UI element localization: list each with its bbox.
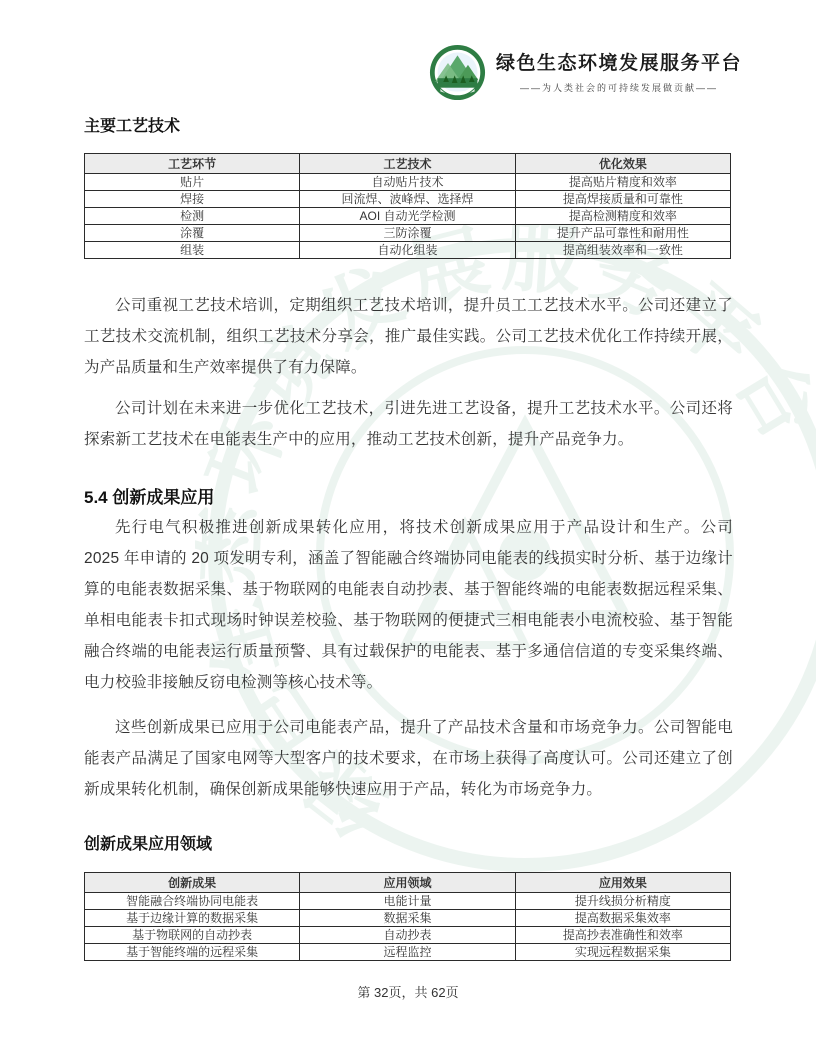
process-tech-table: 工艺环节 工艺技术 优化效果 贴片 自动贴片技术 提高贴片精度和效率 焊接 回流… — [84, 153, 731, 259]
platform-logo: 绿色生态环境发展服务平台 ——为人类社会的可持续发展做贡献—— — [429, 44, 742, 101]
table-header-row: 创新成果 应用领域 应用效果 — [85, 873, 731, 893]
table-cell: 提高焊接质量和可靠性 — [515, 191, 730, 208]
heading-innovation-fields: 创新成果应用领域 — [84, 831, 212, 854]
paragraph-process-training: 公司重视工艺技术培训，定期组织工艺技术培训，提升员工工艺技术水平。公司还建立了工… — [84, 290, 733, 383]
table-cell: 检测 — [85, 208, 300, 225]
innovation-fields-table: 创新成果 应用领域 应用效果 智能融合终端协同电能表 电能计量 提升线损分析精度… — [84, 872, 731, 961]
table-row: 智能融合终端协同电能表 电能计量 提升线损分析精度 — [85, 893, 731, 910]
footer-page-number: 第 32页，共 62页 — [0, 982, 816, 1001]
table-row: 基于边缘计算的数据采集 数据采集 提高数据采集效率 — [85, 910, 731, 927]
table-cell: 基于物联网的自动抄表 — [85, 927, 300, 944]
table-cell: 提高数据采集效率 — [515, 910, 730, 927]
platform-emblem-icon — [429, 44, 486, 101]
table-cell: 电能计量 — [300, 893, 515, 910]
table-cell: 涂覆 — [85, 225, 300, 242]
heading-process-tech: 主要工艺技术 — [84, 113, 180, 136]
table-cell: 提升产品可靠性和耐用性 — [515, 225, 730, 242]
table-cell: 自动化组装 — [300, 242, 515, 259]
table-cell: 基于边缘计算的数据采集 — [85, 910, 300, 927]
paragraph-innovation-results: 这些创新成果已应用于公司电能表产品，提升了产品技术含量和市场竞争力。公司智能电能… — [84, 712, 733, 805]
table-cell: AOI 自动光学检测 — [300, 208, 515, 225]
paragraph-process-plan: 公司计划在未来进一步优化工艺技术，引进先进工艺设备，提升工艺技术水平。公司还将探… — [84, 393, 733, 455]
table-header-cell: 优化效果 — [515, 154, 730, 174]
table-header-row: 工艺环节 工艺技术 优化效果 — [85, 154, 731, 174]
table-cell: 焊接 — [85, 191, 300, 208]
table-cell: 组装 — [85, 242, 300, 259]
table-header-cell: 工艺技术 — [300, 154, 515, 174]
table-header-cell: 工艺环节 — [85, 154, 300, 174]
table-row: 检测 AOI 自动光学检测 提高检测精度和效率 — [85, 208, 731, 225]
paragraph-patents: 先行电气积极推进创新成果转化应用，将技术创新成果应用于产品设计和生产。公司 20… — [84, 512, 733, 698]
table-row: 焊接 回流焊、波峰焊、选择焊 提高焊接质量和可靠性 — [85, 191, 731, 208]
table-row: 基于智能终端的远程采集 远程监控 实现远程数据采集 — [85, 944, 731, 961]
table-cell: 智能融合终端协同电能表 — [85, 893, 300, 910]
table-cell: 自动贴片技术 — [300, 174, 515, 191]
table-header-cell: 应用领域 — [300, 873, 515, 893]
table-cell: 实现远程数据采集 — [515, 944, 730, 961]
table-cell: 提升线损分析精度 — [515, 893, 730, 910]
table-cell: 远程监控 — [300, 944, 515, 961]
table-row: 组装 自动化组装 提高组装效率和一致性 — [85, 242, 731, 259]
platform-title: 绿色生态环境发展服务平台 — [496, 52, 742, 76]
table-cell: 提高贴片精度和效率 — [515, 174, 730, 191]
document-page: 绿色生态环境发展服务平台 绿色生态环境发展服务平台 ——为人类社会的可持续发展做… — [0, 0, 816, 1056]
table-row: 贴片 自动贴片技术 提高贴片精度和效率 — [85, 174, 731, 191]
table-cell: 回流焊、波峰焊、选择焊 — [300, 191, 515, 208]
table-cell: 三防涂覆 — [300, 225, 515, 242]
table-cell: 贴片 — [85, 174, 300, 191]
table-row: 基于物联网的自动抄表 自动抄表 提高抄表准确性和效率 — [85, 927, 731, 944]
platform-subtitle: ——为人类社会的可持续发展做贡献—— — [520, 81, 718, 94]
table-cell: 提高抄表准确性和效率 — [515, 927, 730, 944]
table-header-cell: 应用效果 — [515, 873, 730, 893]
table-cell: 数据采集 — [300, 910, 515, 927]
heading-section-5-4: 5.4 创新成果应用 — [84, 483, 214, 508]
platform-logo-text: 绿色生态环境发展服务平台 ——为人类社会的可持续发展做贡献—— — [496, 52, 742, 94]
table-cell: 提高检测精度和效率 — [515, 208, 730, 225]
table-cell: 自动抄表 — [300, 927, 515, 944]
table-cell: 提高组装效率和一致性 — [515, 242, 730, 259]
table-header-cell: 创新成果 — [85, 873, 300, 893]
table-row: 涂覆 三防涂覆 提升产品可靠性和耐用性 — [85, 225, 731, 242]
table-cell: 基于智能终端的远程采集 — [85, 944, 300, 961]
